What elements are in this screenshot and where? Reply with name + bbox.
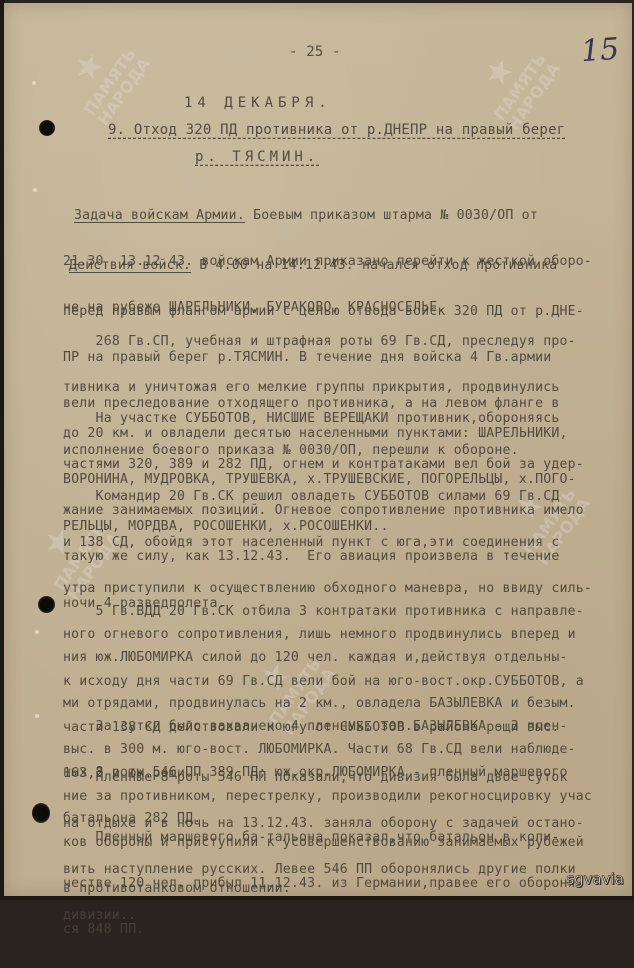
watermark-line1: ПАМЯТЬ [490,50,550,124]
paragraph-lead: Действия войск. [69,258,191,273]
watermark-line1: ПАМЯТЬ [80,45,140,119]
punch-hole [39,120,55,136]
paragraph-lead: Задача войскам Армии. [74,208,245,223]
text-line: Пленные 8 роты 546 ПП показали,что дивиз… [63,770,633,785]
text-line: 268 Гв.СП, учебная и штрафная роты 69 Гв… [63,334,633,349]
text-line: Задача войскам Армии. Боевым приказом шт… [63,208,633,223]
text-line: На участке СУББОТОВ, НИСШИЕ ВЕРЕЩАКИ про… [63,411,633,426]
paper-speck [35,714,39,718]
date-heading: 14 ДЕКАБРЯ. [184,96,332,111]
text-line: и 138 СД, обойдя этот населенный пункт с… [63,535,633,550]
paper-speck [33,188,37,192]
star-icon: ★ [463,31,535,114]
paper-speck [35,630,39,634]
handwritten-folio-number: 15 [580,32,621,70]
source-watermark: sgvavia [566,870,624,888]
punch-hole [38,596,55,613]
punch-hole [32,803,50,823]
text-line: ния юж.ЛЮБОМИРКА силой до 120 чел. кажда… [63,650,633,665]
text-line: Командир 20 Гв.СК решил овладеть СУББОТО… [63,489,633,504]
text-line: Пленный маршевого ба-тальона показал,что… [63,830,633,845]
section-title: 9. Отход 320 ПД противника от р.ДНЕПР на… [108,123,565,138]
watermark-right: ★ ПАМЯТЬ НАРОДА [463,31,563,134]
watermark-left: ★ ПАМЯТЬ НАРОДА [53,26,153,129]
paper-speck [32,81,36,85]
text-line: 5 Гв.ВДД 20 Гв.СК отбила 3 контратаки пр… [63,604,633,619]
page-number: - 25 - [289,45,341,60]
star-icon: ★ [53,26,125,109]
text-line: За сутки было захвачено 4 пленных: зап.Б… [63,719,633,734]
watermark-line2: НАРОДА [94,54,154,129]
section-title-continued: р. ТЯСМИН. [195,150,319,165]
text-line: честве 120 чел. прибыл 11.12.43. из Герм… [63,876,633,891]
text-line: Действия войск. В 4.00 на 14.12.43. нача… [63,258,633,273]
document-page: ★ ПАМЯТЬ НАРОДА ★ ПАМЯТЬ НАРОДА ★ ПАМЯТЬ… [4,3,632,896]
paragraph-march-battalion: Пленный маршевого ба-тальона показал,что… [63,799,633,900]
